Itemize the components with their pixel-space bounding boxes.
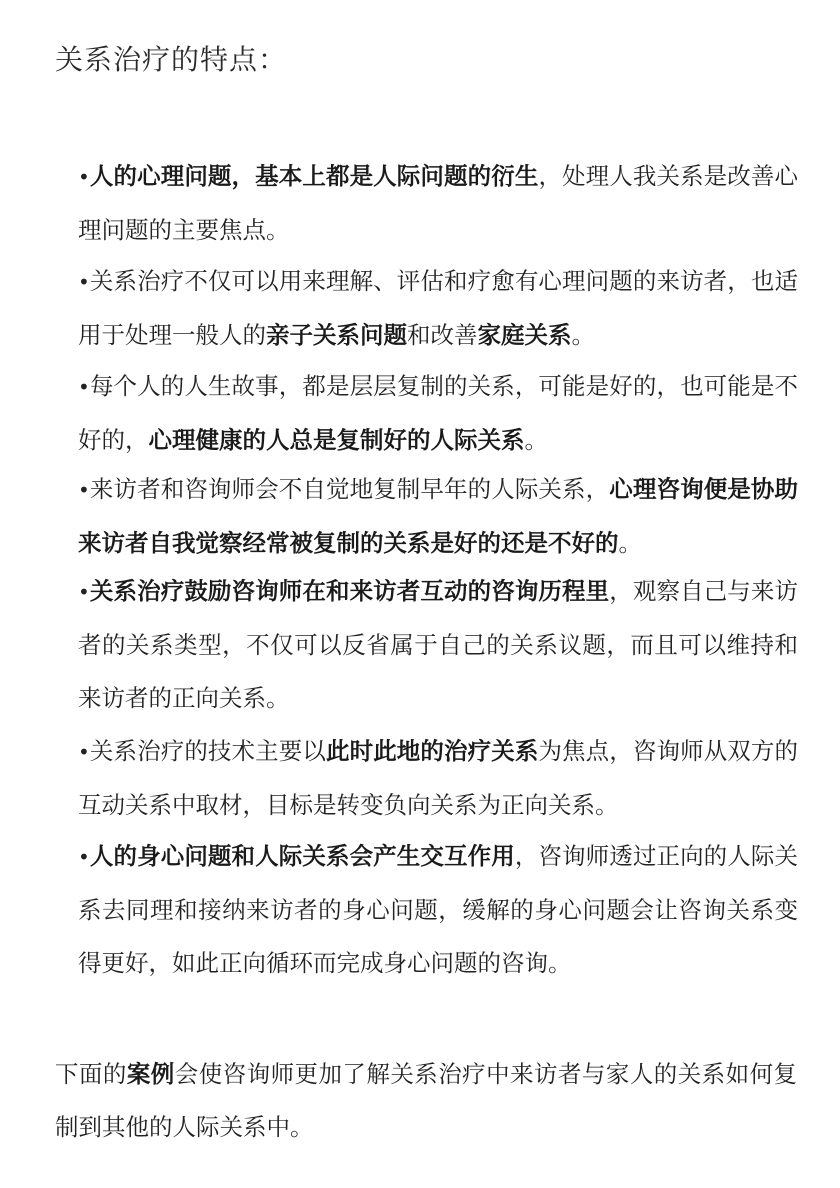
page-title: 关系治疗的特点： <box>55 38 287 78</box>
list-item: •关系治疗鼓励咨询师在和来访者互动的咨询历程里，观察自己与来访者的关系类型，不仅… <box>78 565 798 725</box>
bullet-icon: • <box>78 845 90 869</box>
body-text: 下面的 <box>55 1060 127 1088</box>
bullet-icon: • <box>78 478 90 502</box>
body-text: 来访者和咨询师会不自觉地复制早年的人际关系， <box>90 475 609 503</box>
bullet-icon: • <box>78 375 90 399</box>
body-text: 。 <box>619 529 643 557</box>
case-intro-paragraph: 下面的案例会使咨询师更加了解关系治疗中来访者与家人的关系如何复制到其他的人际关系… <box>55 1048 797 1154</box>
body-text: 关系治疗的技术主要以 <box>90 737 326 765</box>
emphasis-text: 家庭关系 <box>478 321 572 349</box>
list-item: •来访者和咨询师会不自觉地复制早年的人际关系，心理咨询便是协助来访者自我觉察经常… <box>78 463 798 570</box>
body-text: 和改善 <box>407 321 478 349</box>
emphasis-text: 亲子关系问题 <box>266 321 407 349</box>
list-item: •关系治疗不仅可以用来理解、评估和疗愈有心理问题的来访者，也适用于处理一般人的亲… <box>78 255 798 362</box>
bullet-icon: • <box>78 165 90 189</box>
list-item: •人的心理问题，基本上都是人际问题的衍生，处理人我关系是改善心理问题的主要焦点。 <box>78 150 798 257</box>
emphasis-text: 案例 <box>127 1060 175 1088</box>
body-text: 。 <box>525 426 549 454</box>
emphasis-text: 人的身心问题和人际关系会产生交互作用 <box>90 842 515 870</box>
emphasis-text: 心理健康的人总是复制好的人际关系 <box>149 426 525 454</box>
body-text: 。 <box>572 321 596 349</box>
emphasis-text: 此时此地的治疗关系 <box>326 737 538 765</box>
list-item: •关系治疗的技术主要以此时此地的治疗关系为焦点，咨询师从双方的互动关系中取材，目… <box>78 725 798 832</box>
bullet-icon: • <box>78 270 90 294</box>
list-item: •每个人的人生故事，都是层层复制的关系，可能是好的，也可能是不好的，心理健康的人… <box>78 360 798 467</box>
list-item: •人的身心问题和人际关系会产生交互作用，咨询师透过正向的人际关系去同理和接纳来访… <box>78 830 798 990</box>
emphasis-text: 人的心理问题，基本上都是人际问题的衍生 <box>90 162 539 190</box>
emphasis-text: 关系治疗鼓励咨询师在和来访者互动的咨询历程里 <box>90 577 609 605</box>
bullet-icon: • <box>78 740 90 764</box>
bullet-icon: • <box>78 580 90 604</box>
